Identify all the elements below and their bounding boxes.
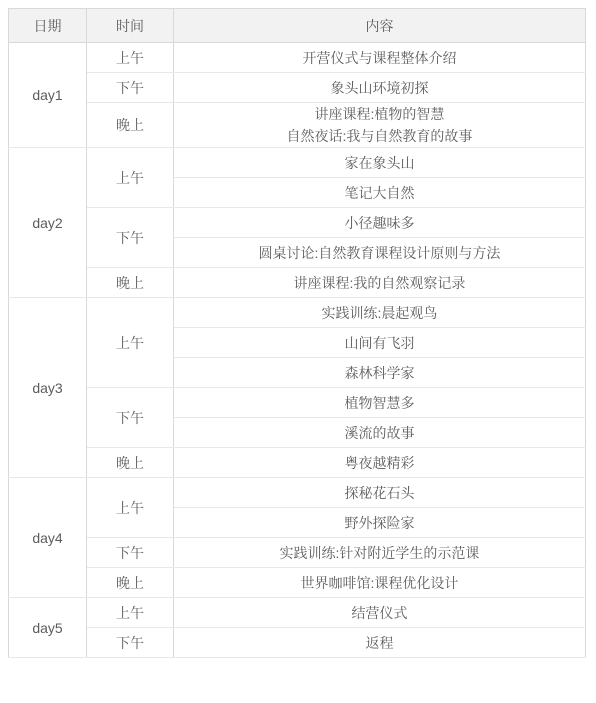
day-cell: day5 bbox=[9, 598, 87, 658]
content-line: 溪流的故事 bbox=[178, 422, 581, 444]
header-row: 日期 时间 内容 bbox=[9, 9, 586, 43]
content-cell: 山间有飞羽 bbox=[174, 328, 586, 358]
content-line: 讲座课程:植物的智慧 bbox=[178, 103, 581, 125]
schedule-header: 日期 时间 内容 bbox=[9, 9, 586, 43]
content-line: 实践训练:晨起观鸟 bbox=[178, 302, 581, 324]
schedule-row: 下午返程 bbox=[9, 628, 586, 658]
schedule-row: 晚上讲座课程:植物的智慧自然夜话:我与自然教育的故事 bbox=[9, 103, 586, 148]
time-cell: 上午 bbox=[87, 478, 174, 538]
content-line: 野外探险家 bbox=[178, 512, 581, 534]
time-cell: 上午 bbox=[87, 148, 174, 208]
schedule-row: day2上午家在象头山 bbox=[9, 148, 586, 178]
content-line: 返程 bbox=[178, 632, 581, 654]
content-cell: 返程 bbox=[174, 628, 586, 658]
content-line: 结营仪式 bbox=[178, 602, 581, 624]
content-cell: 小径趣味多 bbox=[174, 208, 586, 238]
day-cell: day4 bbox=[9, 478, 87, 598]
schedule-row: 晚上粤夜越精彩 bbox=[9, 448, 586, 478]
time-cell: 下午 bbox=[87, 628, 174, 658]
schedule-row: day4上午探秘花石头 bbox=[9, 478, 586, 508]
day-cell: day3 bbox=[9, 298, 87, 478]
content-cell: 开营仪式与课程整体介绍 bbox=[174, 43, 586, 73]
content-cell: 探秘花石头 bbox=[174, 478, 586, 508]
time-cell: 下午 bbox=[87, 538, 174, 568]
content-cell: 实践训练:针对附近学生的示范课 bbox=[174, 538, 586, 568]
content-line: 象头山环境初探 bbox=[178, 77, 581, 99]
content-cell: 溪流的故事 bbox=[174, 418, 586, 448]
content-cell: 实践训练:晨起观鸟 bbox=[174, 298, 586, 328]
content-cell: 圆桌讨论:自然教育课程设计原则与方法 bbox=[174, 238, 586, 268]
content-cell: 结营仪式 bbox=[174, 598, 586, 628]
content-cell: 森林科学家 bbox=[174, 358, 586, 388]
time-cell: 下午 bbox=[87, 73, 174, 103]
day-cell: day1 bbox=[9, 43, 87, 148]
schedule-row: 下午小径趣味多 bbox=[9, 208, 586, 238]
col-header-date: 日期 bbox=[9, 9, 87, 43]
content-cell: 家在象头山 bbox=[174, 148, 586, 178]
schedule-row: day5上午结营仪式 bbox=[9, 598, 586, 628]
content-line: 笔记大自然 bbox=[178, 182, 581, 204]
time-cell: 晚上 bbox=[87, 568, 174, 598]
schedule-row: 晚上世界咖啡馆:课程优化设计 bbox=[9, 568, 586, 598]
time-cell: 晚上 bbox=[87, 448, 174, 478]
content-cell: 笔记大自然 bbox=[174, 178, 586, 208]
camp-schedule-table: 日期 时间 内容 day1上午开营仪式与课程整体介绍下午象头山环境初探晚上讲座课… bbox=[8, 8, 586, 658]
content-line: 实践训练:针对附近学生的示范课 bbox=[178, 542, 581, 564]
content-line: 植物智慧多 bbox=[178, 392, 581, 414]
schedule-row: 下午象头山环境初探 bbox=[9, 73, 586, 103]
day-cell: day2 bbox=[9, 148, 87, 298]
content-line: 圆桌讨论:自然教育课程设计原则与方法 bbox=[178, 242, 581, 264]
content-cell: 野外探险家 bbox=[174, 508, 586, 538]
content-line: 粤夜越精彩 bbox=[178, 452, 581, 474]
time-cell: 晚上 bbox=[87, 103, 174, 148]
schedule-row: 下午实践训练:针对附近学生的示范课 bbox=[9, 538, 586, 568]
content-line: 世界咖啡馆:课程优化设计 bbox=[178, 572, 581, 594]
content-line: 小径趣味多 bbox=[178, 212, 581, 234]
schedule-row: 下午植物智慧多 bbox=[9, 388, 586, 418]
content-cell: 世界咖啡馆:课程优化设计 bbox=[174, 568, 586, 598]
content-line: 探秘花石头 bbox=[178, 482, 581, 504]
schedule-row: 晚上讲座课程:我的自然观察记录 bbox=[9, 268, 586, 298]
time-cell: 下午 bbox=[87, 208, 174, 268]
content-cell: 讲座课程:我的自然观察记录 bbox=[174, 268, 586, 298]
time-cell: 晚上 bbox=[87, 268, 174, 298]
content-cell: 讲座课程:植物的智慧自然夜话:我与自然教育的故事 bbox=[174, 103, 586, 148]
schedule-row: day3上午实践训练:晨起观鸟 bbox=[9, 298, 586, 328]
content-line: 自然夜话:我与自然教育的故事 bbox=[178, 125, 581, 147]
page: 日期 时间 内容 day1上午开营仪式与课程整体介绍下午象头山环境初探晚上讲座课… bbox=[0, 0, 596, 703]
time-cell: 上午 bbox=[87, 298, 174, 388]
content-cell: 象头山环境初探 bbox=[174, 73, 586, 103]
schedule-body: day1上午开营仪式与课程整体介绍下午象头山环境初探晚上讲座课程:植物的智慧自然… bbox=[9, 43, 586, 658]
content-line: 山间有飞羽 bbox=[178, 332, 581, 354]
content-line: 讲座课程:我的自然观察记录 bbox=[178, 272, 581, 294]
content-line: 开营仪式与课程整体介绍 bbox=[178, 47, 581, 69]
content-line: 家在象头山 bbox=[178, 152, 581, 174]
col-header-content: 内容 bbox=[174, 9, 586, 43]
time-cell: 上午 bbox=[87, 43, 174, 73]
content-line: 森林科学家 bbox=[178, 362, 581, 384]
time-cell: 上午 bbox=[87, 598, 174, 628]
col-header-time: 时间 bbox=[87, 9, 174, 43]
content-cell: 植物智慧多 bbox=[174, 388, 586, 418]
content-cell: 粤夜越精彩 bbox=[174, 448, 586, 478]
time-cell: 下午 bbox=[87, 388, 174, 448]
schedule-row: day1上午开营仪式与课程整体介绍 bbox=[9, 43, 586, 73]
